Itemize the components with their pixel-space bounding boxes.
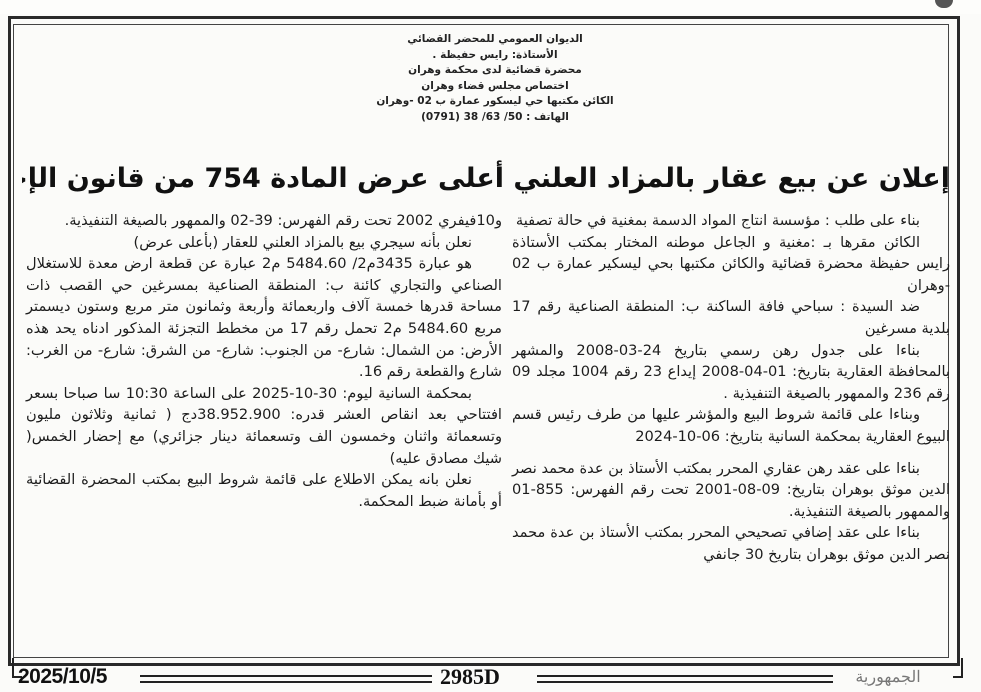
footer-corner-right (953, 658, 963, 678)
paragraph-defendant: ضد السيدة : سباحي فافة الساكنة ب: المنطق… (512, 296, 950, 339)
paragraph-property-description: هو عبارة 3435م2/ 5484.60 م2 عبارة عن قطع… (26, 253, 502, 383)
footer-issue-code: 2985D (440, 662, 500, 692)
text-column-left: و10فيفري 2002 تحت رقم الفهرس: 39-02 والم… (26, 210, 502, 512)
paragraph-consult-conditions: نعلن بانه يمكن الاطلاع على قائمة شروط ال… (26, 469, 502, 512)
text-column-right: بناء على طلب : مؤسسة انتاج المواد الدسمة… (512, 210, 950, 566)
letterhead-address: الكائن مكتبها حي ليسكور عمارة ب 02 -وهرا… (330, 94, 660, 110)
paragraph-mortgage-contract: بناءا على عقد رهن عقاري المحرر بمكتب الأ… (512, 458, 950, 523)
letterhead-court: محضرة قضائية لدى محكمة وهران (330, 63, 660, 79)
paragraph-corrective-contract: بناءا على عقد إضافي تصحيحي المحرر بمكتب … (512, 522, 950, 565)
paragraph-sale-conditions: وبناءا على قائمة شروط البيع والمؤشر عليه… (512, 404, 950, 447)
paragraph-auction-date-price: بمحكمة السانية ليوم: 30-10-2025 على السا… (26, 383, 502, 469)
paragraph-index-number: و10فيفري 2002 تحت رقم الفهرس: 39-02 والم… (26, 210, 502, 232)
page-footer: 2025/10/5 2985D الجمهورية (0, 662, 981, 692)
paragraph-mortgage-register: بناءا على جدول رهن رسمي بتاريخ 24-03-200… (512, 340, 950, 405)
letterhead-jurisdiction: اختصاص مجلس قضاء وهران (330, 79, 660, 95)
letterhead-office-title: الديوان العمومي للمحضر القضائي (330, 32, 660, 48)
footer-date: 2025/10/5 (18, 662, 107, 692)
bailiff-letterhead: الديوان العمومي للمحضر القضائي الأستاذة:… (330, 32, 660, 125)
announcement-headline: إعلان عن بيع عقار بالمزاد العلني أعلى عر… (22, 158, 950, 200)
footer-divider-rule (140, 675, 432, 683)
paragraph-petitioner-address: الكائن مقرها بـ :مغنية و الجاعل موطنه ال… (512, 232, 950, 297)
paragraph-petitioner: بناء على طلب : مؤسسة انتاج المواد الدسمة… (512, 210, 950, 232)
top-margin-strip (0, 0, 981, 14)
newspaper-logo: الجمهورية (838, 666, 938, 688)
letterhead-bailiff-name: الأستاذة: رايس حفيظة . (330, 48, 660, 64)
paragraph-auction-notice: نعلن بأنه سيجري بيع بالمزاد العلني للعقا… (26, 232, 502, 254)
letterhead-phone: الهاتف : 50/ 63/ 38 (0791) (330, 110, 660, 126)
footer-divider-rule (537, 675, 833, 683)
